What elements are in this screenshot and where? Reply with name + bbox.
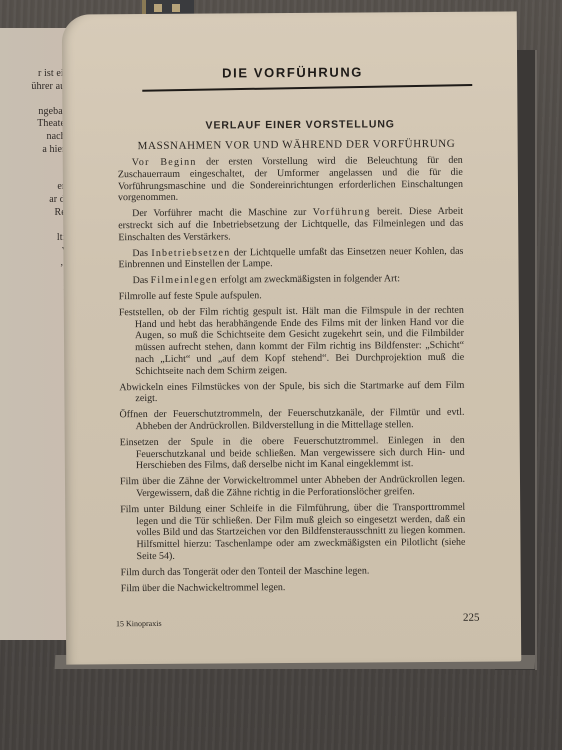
step-item: Einsetzen der Spule in die obere Feuersc… (120, 435, 465, 473)
paragraph-1: Vor Beginn der ersten Vorstellung wird d… (118, 155, 463, 205)
section-title: VERLAUF EINER VORSTELLUNG (205, 118, 394, 131)
chapter-rule (142, 84, 472, 92)
step-item: Filmrolle auf feste Spule aufspulen. (119, 289, 464, 303)
footer-signature: 15 Kinopraxis (116, 619, 162, 628)
chapter-title: DIE VORFÜHRUNG (222, 64, 363, 80)
step-item: Film über die Nachwickeltrommel legen. (121, 580, 466, 594)
paragraph-text: Das (132, 248, 151, 259)
emphasis-text: Filmeinlegen (151, 275, 218, 286)
emphasis-text: Vorführung (313, 207, 371, 218)
page-number: 225 (463, 612, 480, 624)
paragraph-3: Das Inbetriebsetzen der Lichtquelle umfa… (118, 245, 463, 271)
step-item: Film über die Zähne der Vorwickeltrommel… (120, 474, 465, 500)
subsection-title: MASSNAHMEN VOR UND WÄHREND DER VORFÜHRUN… (138, 138, 456, 152)
emphasis-text: Inbetriebsetzen (151, 247, 230, 259)
paragraph-text: erfolgt am zweckmäßigsten in folgender A… (218, 273, 400, 285)
step-item: Film durch das Tongerät oder den Tonteil… (121, 564, 466, 578)
step-item: Abwickeln eines Filmstückes von der Spul… (119, 379, 464, 405)
body-text: Vor Beginn der ersten Vorstellung wird d… (118, 155, 466, 599)
paragraph-4: Das Filmeinlegen erfolgt am zweckmäßigst… (119, 273, 464, 287)
step-item: Film unter Bildung einer Schleife in die… (120, 502, 465, 563)
paragraph-2: Der Vorführer macht die Maschine zur Vor… (118, 206, 463, 244)
emphasis-text: Vor Beginn (132, 157, 197, 168)
step-item: Öffnen der Feuerschutztrommeln, der Feue… (119, 407, 464, 433)
right-page: DIE VORFÜHRUNG VERLAUF EINER VORSTELLUNG… (62, 11, 522, 664)
paragraph-text: Der Vorführer macht die Maschine zur (132, 207, 313, 219)
step-item: Feststellen, ob der Film richtig gespult… (119, 305, 464, 378)
paragraph-text: Das (133, 275, 151, 286)
